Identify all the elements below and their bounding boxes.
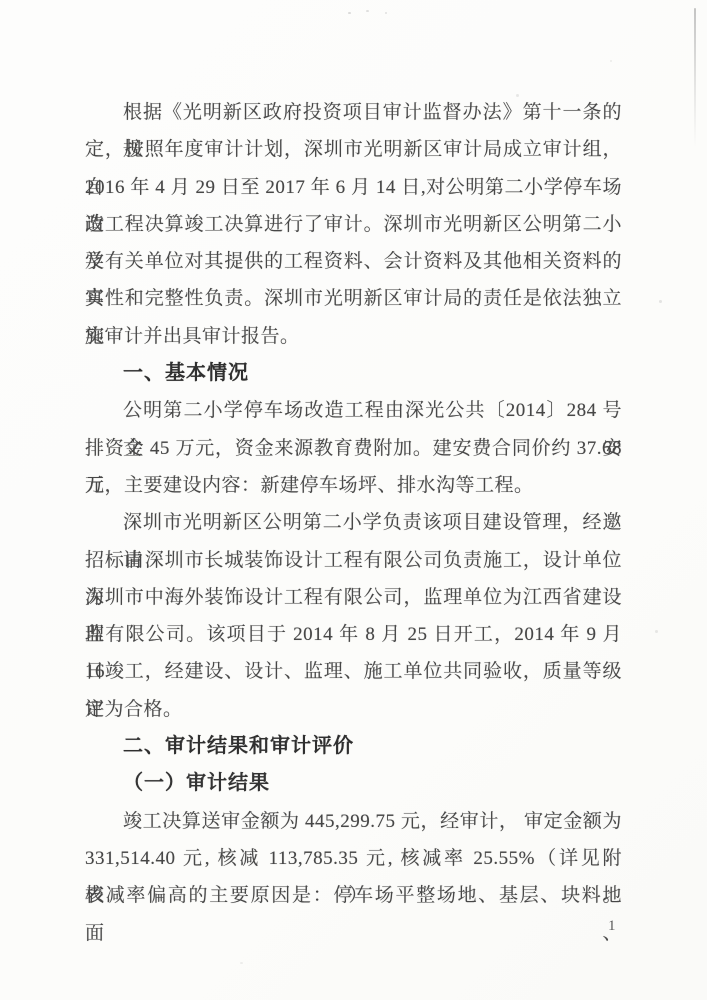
text-line: 定，按照年度审计计划，深圳市光明新区审计局成立审计组，自 — [85, 131, 622, 168]
text-line: 竣工决算送审金额为 445,299.75 元，经审计， 审定金额为 — [85, 803, 622, 840]
text-line: 根据《光明新区政府投资项目审计监督办法》第十一条的规 — [85, 94, 622, 131]
page-number: 1 — [608, 918, 616, 935]
text-line: 公明第二小学停车场改造工程由深光公共〔2014〕284 号文安 — [85, 392, 622, 429]
text-line: 及有关单位对其提供的工程资料、会计资料及其他相关资料的真 — [85, 243, 622, 280]
text-line: 招标由深圳市长城装饰设计工程有限公司负责施工，设计单位为 — [85, 542, 622, 579]
text-line: 深圳市光明新区公明第二小学负责该项目建设管理，经邀请 — [85, 504, 622, 541]
scan-speckle — [385, 12, 387, 14]
text-line: 核减率偏高的主要原因是：停车场平整场地、基层、块料地面、 — [85, 877, 622, 914]
text-line: 施审计并出具审计报告。 — [85, 318, 622, 355]
scan-speckle — [348, 12, 351, 14]
scan-speckle — [610, 60, 612, 62]
text-line: 日竣工，经建设、设计、监理、施工单位共同验收，质量等级评 — [85, 653, 622, 690]
text-line: 定为合格。 — [85, 691, 622, 728]
scan-speckle — [655, 630, 658, 633]
text-line: 排资金 45 万元，资金来源教育费附加。建安费合同价约 37.68 万 — [85, 430, 622, 467]
scan-speckle — [240, 962, 243, 964]
text-line: 331,514.40 元, 核减 113,785.35 元, 核减率 25.55… — [85, 840, 622, 877]
scan-edge-artifact — [694, 8, 696, 148]
scan-speckle — [516, 94, 519, 97]
scan-speckle — [366, 10, 369, 12]
text-line: 理有限公司。该项目于 2014 年 8 月 25 日开工，2014 年 9 月 … — [85, 616, 622, 653]
text-line: 2016 年 4 月 29 日至 2017 年 6 月 14 日,对公明第二小学… — [85, 169, 622, 206]
scan-speckle — [560, 865, 562, 867]
scanned-document-page: 根据《光明新区政府投资项目审计监督办法》第十一条的规定，按照年度审计计划，深圳市… — [0, 0, 707, 1000]
section-heading: 二、审计结果和审计评价 — [85, 728, 622, 765]
section-heading: （一）审计结果 — [85, 765, 622, 802]
text-line: 元，主要建设内容：新建停车场坪、排水沟等工程。 — [85, 467, 622, 504]
section-heading: 一、基本情况 — [85, 355, 622, 392]
scan-speckle — [659, 300, 662, 303]
text-line: 深圳市中海外装饰设计工程有限公司，监理单位为江西省建设监 — [85, 579, 622, 616]
text-line: 实性和完整性负责。深圳市光明新区审计局的责任是依法独立实 — [85, 280, 622, 317]
text-line: 造工程决算竣工决算进行了审计。深圳市光明新区公明第二小学 — [85, 206, 622, 243]
document-body: 根据《光明新区政府投资项目审计监督办法》第十一条的规定，按照年度审计计划，深圳市… — [85, 94, 622, 915]
